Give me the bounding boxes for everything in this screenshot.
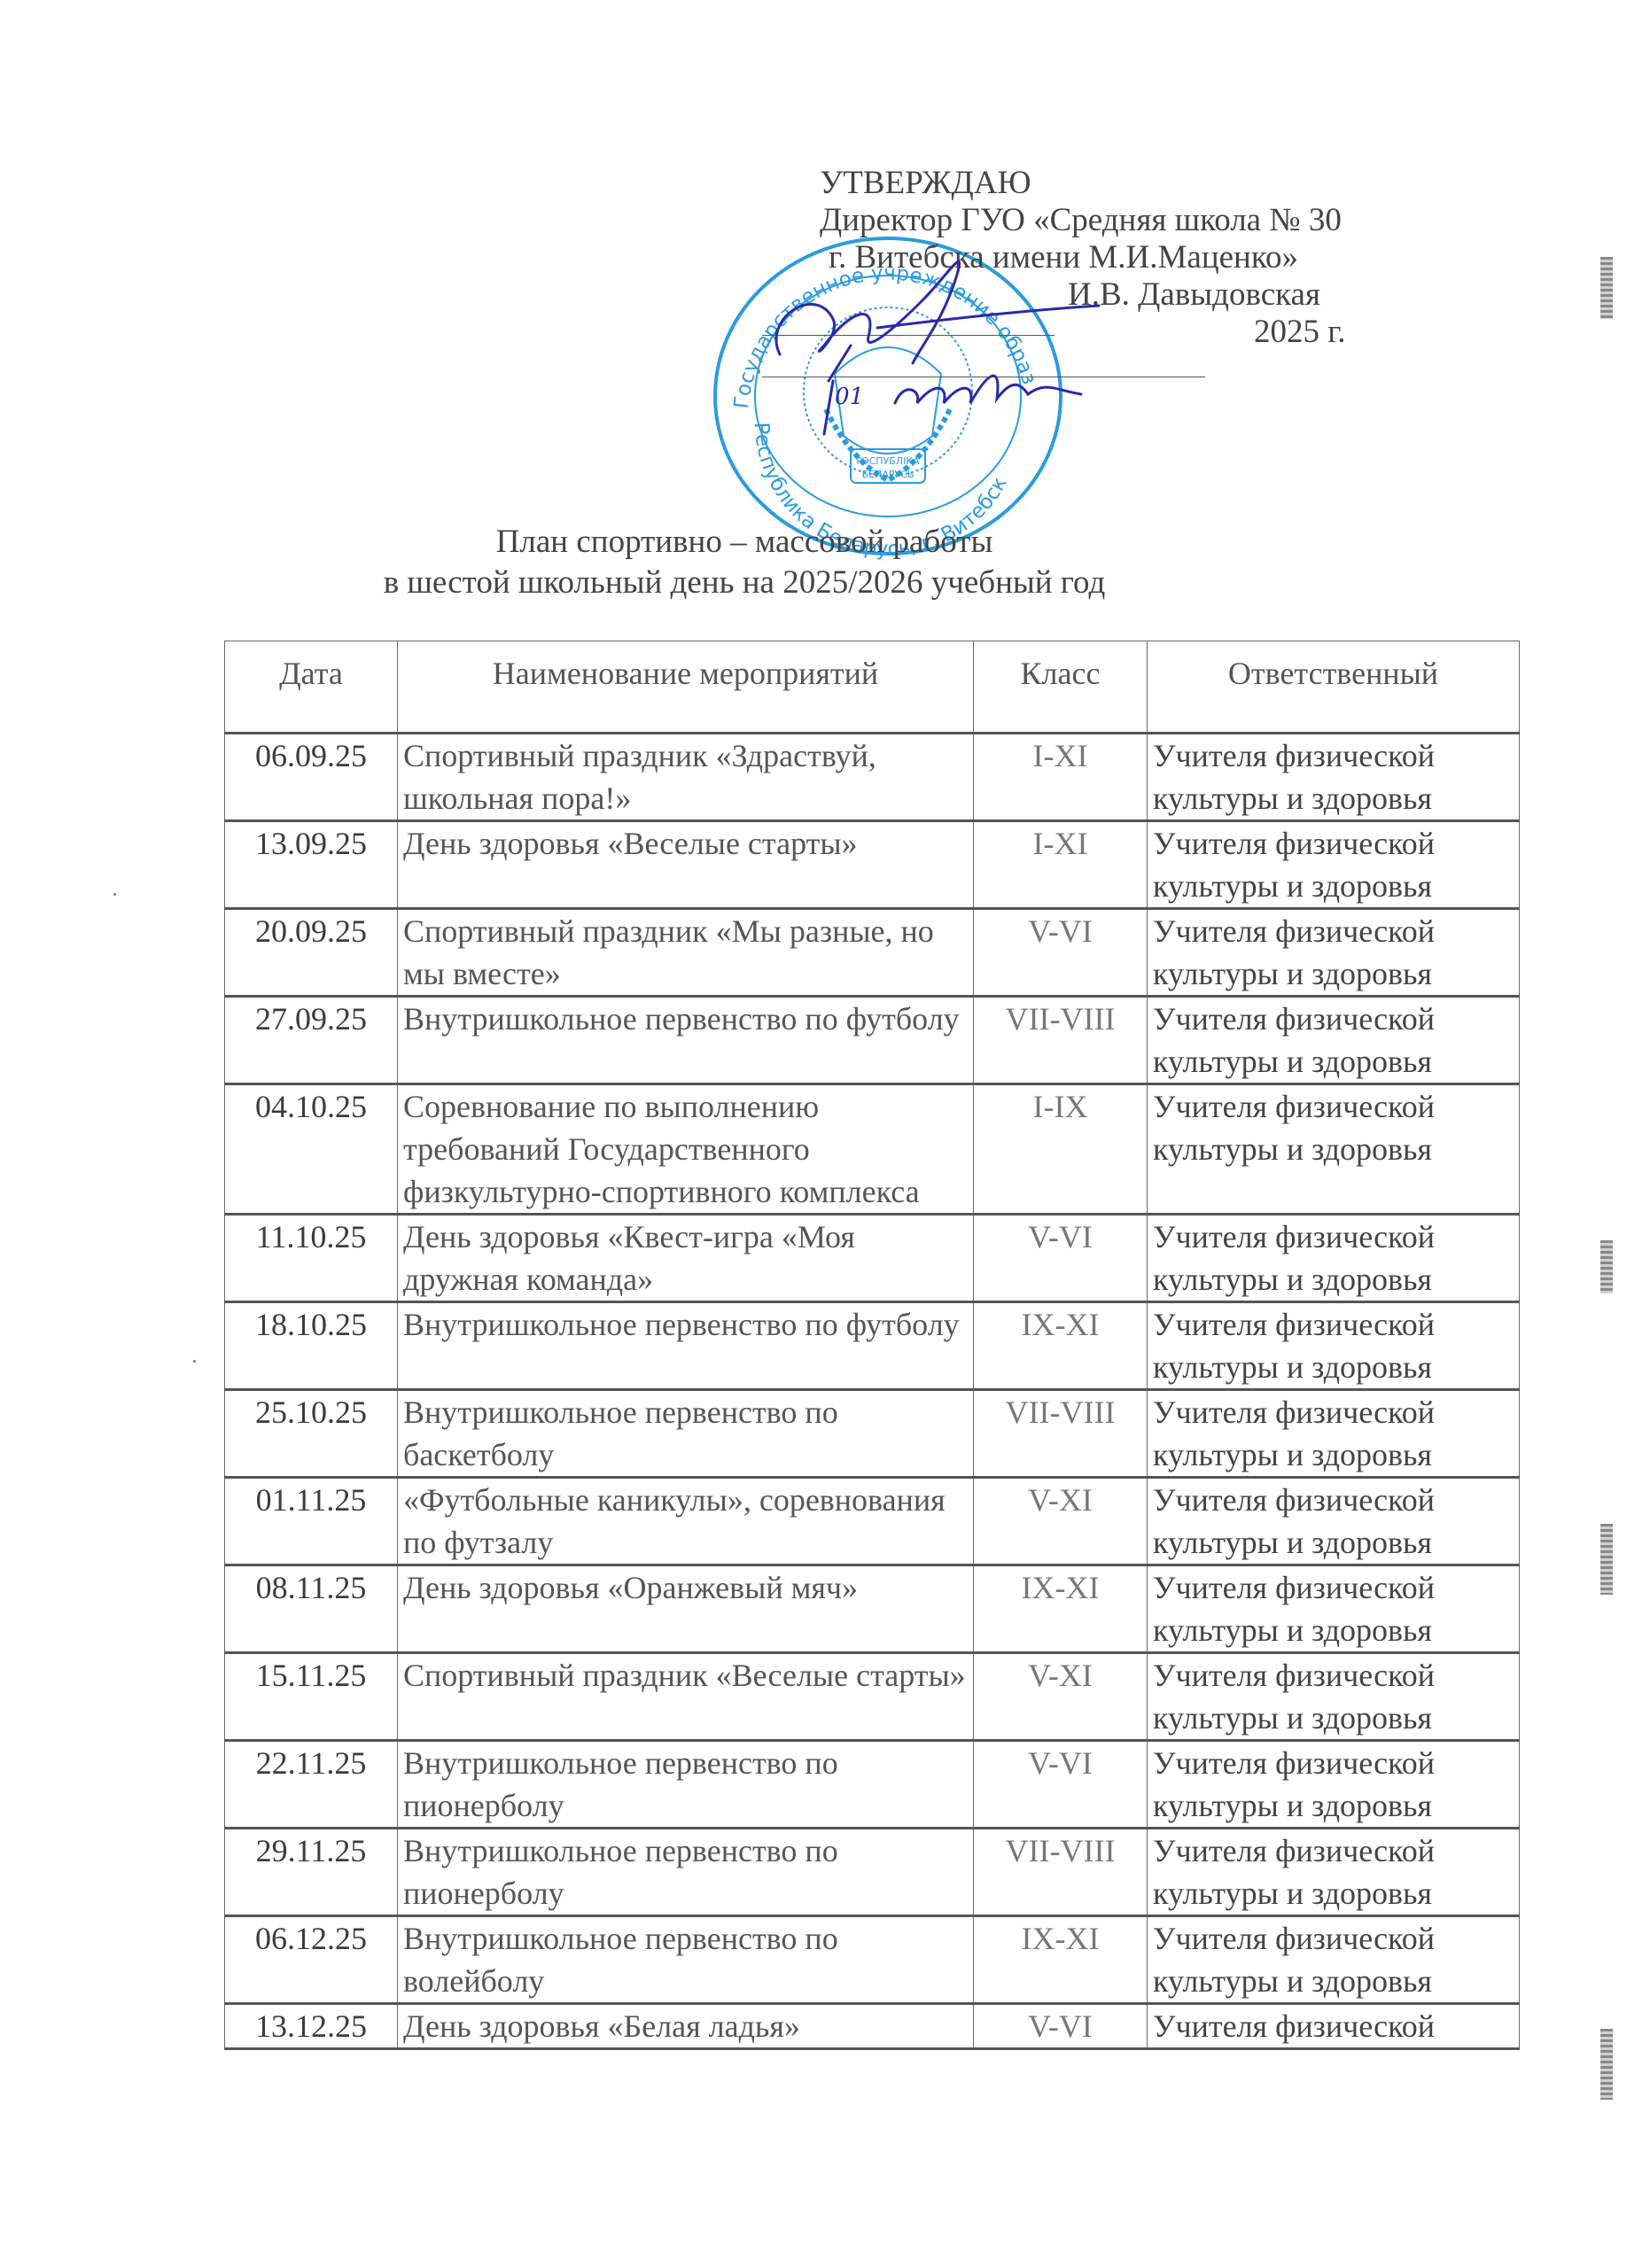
table-header-row: Дата Наименование мероприятий Класс Отве…	[225, 641, 1520, 734]
cell-event-name: Спортивный праздник «Веселые старты»	[398, 1653, 974, 1741]
table-row: 15.11.25Спортивный праздник «Веселые ста…	[225, 1653, 1520, 1741]
signature-line	[762, 335, 1055, 336]
cell-date: 01.11.25	[225, 1478, 398, 1565]
date-line	[762, 377, 1205, 377]
cell-responsible: Учителя физической культуры и здоровья	[1148, 1653, 1520, 1741]
cell-event-name: Внутришкольное первенство по пионерболу	[398, 1741, 974, 1829]
cell-date: 15.11.25	[225, 1653, 398, 1741]
cell-responsible: Учителя физической культуры и здоровья	[1148, 1302, 1520, 1390]
table-row: 06.12.25Внутришкольное первенство по вол…	[225, 1916, 1520, 2004]
cell-event-name: Внутришкольное первенство по футболу	[398, 1302, 974, 1390]
cell-responsible: Учителя физической культуры и здоровья	[1148, 1565, 1520, 1653]
cell-date: 11.10.25	[225, 1215, 398, 1302]
cell-date: 20.09.25	[225, 909, 398, 997]
header-event-name: Наименование мероприятий	[398, 641, 974, 734]
scan-artifact	[1600, 257, 1613, 319]
cell-responsible: Учителя физической культуры и здоровья	[1148, 1829, 1520, 1916]
cell-date: 13.12.25	[225, 2004, 398, 2049]
cell-class: IX-XI	[974, 1302, 1148, 1390]
cell-class: V-VI	[974, 1215, 1148, 1302]
approval-position-line1: Директор ГУО «Средняя школа № 30	[820, 202, 1346, 239]
table-row: 13.09.25День здоровья «Веселые старты»I-…	[225, 821, 1520, 909]
cell-event-name: День здоровья «Белая ладья»	[398, 2004, 974, 2049]
cell-date: 06.12.25	[225, 1916, 398, 2004]
table-row: 11.10.25День здоровья «Квест-игра «Моя д…	[225, 1215, 1520, 1302]
cell-class: VII-VIII	[974, 1829, 1148, 1916]
cell-responsible: Учителя физической культуры и здоровья	[1148, 997, 1520, 1084]
table-row: 06.09.25Спортивный праздник «Здраствуй, …	[225, 734, 1520, 821]
scan-artifact	[1600, 1240, 1613, 1293]
cell-responsible: Учителя физической	[1148, 2004, 1520, 2049]
cell-date: 25.10.25	[225, 1390, 398, 1478]
cell-date: 04.10.25	[225, 1084, 398, 1215]
cell-event-name: Внутришкольное первенство по баскетболу	[398, 1390, 974, 1478]
document-subtitle: в шестой школьный день на 2025/2026 учеб…	[89, 563, 1400, 602]
svg-text:БЕЛАРУСЬ: БЕЛАРУСЬ	[862, 469, 915, 480]
cell-class: I-XI	[974, 821, 1148, 909]
document-title: План спортивно – массовой работы	[89, 523, 1400, 562]
cell-class: V-VI	[974, 909, 1148, 997]
cell-date: 08.11.25	[225, 1565, 398, 1653]
table-row: 01.11.25«Футбольные каникулы», соревнова…	[225, 1478, 1520, 1565]
table-row: 25.10.25Внутришкольное первенство по бас…	[225, 1390, 1520, 1478]
scan-artifact	[1600, 2029, 1613, 2100]
cell-event-name: Внутришкольное первенство по пионерболу	[398, 1829, 974, 1916]
handwritten-day: 01	[835, 384, 864, 410]
cell-date: 18.10.25	[225, 1302, 398, 1390]
header-date: Дата	[225, 641, 398, 734]
cell-event-name: Внутришкольное первенство по волейболу	[398, 1916, 974, 2004]
cell-responsible: Учителя физической культуры и здоровья	[1148, 1916, 1520, 2004]
cell-responsible: Учителя физической культуры и здоровья	[1148, 1478, 1520, 1565]
cell-event-name: Соревнование по выполнению требований Го…	[398, 1084, 974, 1215]
cell-event-name: Внутришкольное первенство по футболу	[398, 997, 974, 1084]
approval-block: УТВЕРЖДАЮ Директор ГУО «Средняя школа № …	[820, 165, 1346, 351]
header-class: Класс	[974, 641, 1148, 734]
cell-event-name: Спортивный праздник «Мы разные, но мы вм…	[398, 909, 974, 997]
cell-event-name: Спортивный праздник «Здраствуй, школьная…	[398, 734, 974, 821]
cell-responsible: Учителя физической культуры и здоровья	[1148, 1215, 1520, 1302]
table-row: 13.12.25День здоровья «Белая ладья»V-VIУ…	[225, 2004, 1520, 2049]
cell-date: 06.09.25	[225, 734, 398, 821]
cell-event-name: «Футбольные каникулы», соревнования по ф…	[398, 1478, 974, 1565]
scan-artifact	[1600, 1524, 1613, 1595]
table-row: 27.09.25Внутришкольное первенство по фут…	[225, 997, 1520, 1084]
svg-text:РЭСПУБЛІКА: РЭСПУБЛІКА	[856, 455, 920, 467]
cell-responsible: Учителя физической культуры и здоровья	[1148, 1390, 1520, 1478]
cell-class: IX-XI	[974, 1916, 1148, 2004]
cell-responsible: Учителя физической культуры и здоровья	[1148, 909, 1520, 997]
cell-responsible: Учителя физической культуры и здоровья	[1148, 1084, 1520, 1215]
cell-event-name: День здоровья «Квест-игра «Моя дружная к…	[398, 1215, 974, 1302]
cell-class: V-VI	[974, 2004, 1148, 2049]
scan-dot	[113, 893, 116, 896]
cell-class: IX-XI	[974, 1565, 1148, 1653]
cell-class: VII-VIII	[974, 1390, 1148, 1478]
cell-responsible: Учителя физической культуры и здоровья	[1148, 821, 1520, 909]
cell-date: 27.09.25	[225, 997, 398, 1084]
sports-plan-table: Дата Наименование мероприятий Класс Отве…	[224, 641, 1520, 2050]
cell-event-name: День здоровья «Оранжевый мяч»	[398, 1565, 974, 1653]
table-row: 22.11.25Внутришкольное первенство по пио…	[225, 1741, 1520, 1829]
table-row: 20.09.25Спортивный праздник «Мы разные, …	[225, 909, 1520, 997]
cell-date: 29.11.25	[225, 1829, 398, 1916]
table-row: 29.11.25Внутришкольное первенство по пио…	[225, 1829, 1520, 1916]
approval-heading: УТВЕРЖДАЮ	[820, 165, 1346, 202]
cell-date: 13.09.25	[225, 821, 398, 909]
cell-date: 22.11.25	[225, 1741, 398, 1829]
cell-responsible: Учителя физической культуры и здоровья	[1148, 734, 1520, 821]
table-row: 04.10.25Соревнование по выполнению требо…	[225, 1084, 1520, 1215]
cell-event-name: День здоровья «Веселые старты»	[398, 821, 974, 909]
cell-class: V-XI	[974, 1653, 1148, 1741]
cell-class: V-VI	[974, 1741, 1148, 1829]
cell-class: V-XI	[974, 1478, 1148, 1565]
approval-signatory: И.В. Давыдовская	[1068, 276, 1346, 314]
table-body: 06.09.25Спортивный праздник «Здраствуй, …	[225, 734, 1520, 2049]
approval-position-line2: г. Витебска имени М.И.Маценко»	[829, 239, 1346, 276]
cell-class: VII-VIII	[974, 997, 1148, 1084]
approval-date: 2025 г.	[1254, 314, 1346, 351]
header-responsible: Ответственный	[1148, 641, 1520, 734]
table-row: 18.10.25Внутришкольное первенство по фут…	[225, 1302, 1520, 1390]
cell-responsible: Учителя физической культуры и здоровья	[1148, 1741, 1520, 1829]
scan-dot	[193, 1360, 196, 1363]
table-row: 08.11.25День здоровья «Оранжевый мяч»IX-…	[225, 1565, 1520, 1653]
cell-class: I-XI	[974, 734, 1148, 821]
cell-class: I-IX	[974, 1084, 1148, 1215]
